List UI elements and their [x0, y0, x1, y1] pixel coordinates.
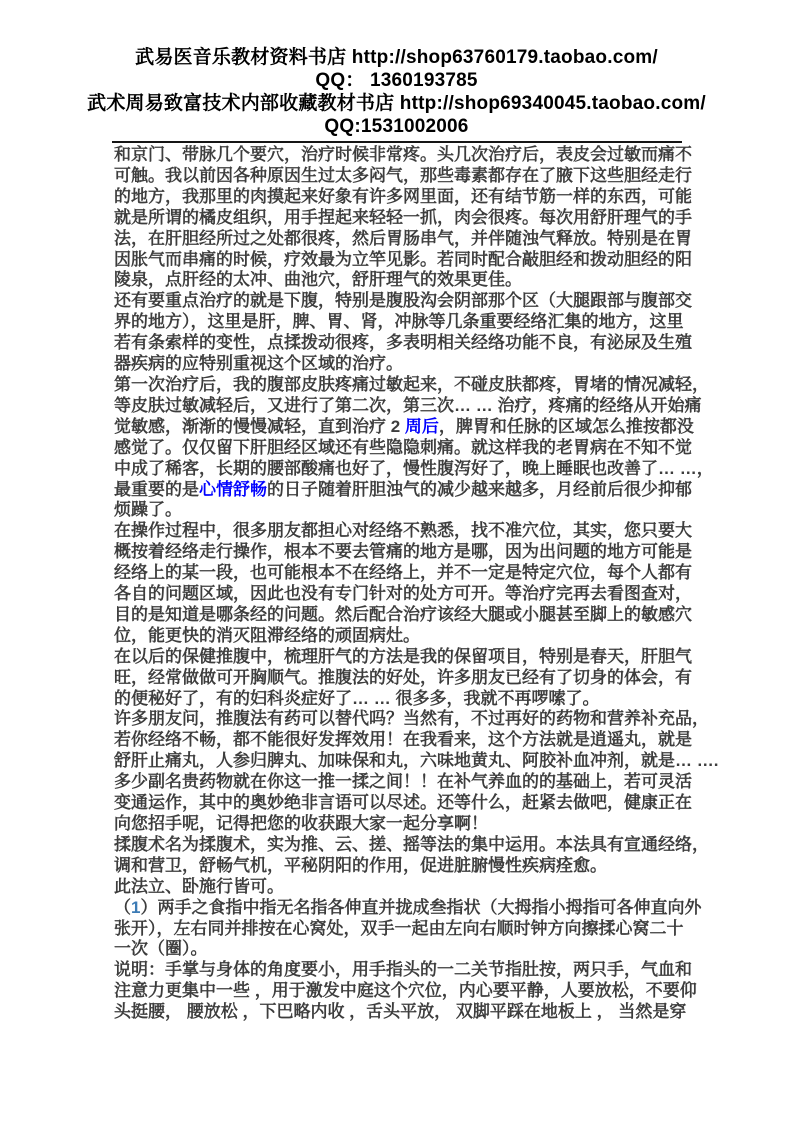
text-run: 此法立、卧施行皆可。	[114, 877, 284, 896]
text-run: 陵泉，点肝经的太冲、曲池穴，舒肝理气的效果更佳。	[114, 270, 522, 289]
paragraph: 在操作过程中，很多朋友都担心对经络不熟悉，找不准穴位，其实，您只要大概按着经络走…	[114, 521, 688, 646]
text-run: 经络上的某一段，也可能根本不在经络上，并不一定是特定穴位，每个人都有	[114, 563, 692, 582]
text-run: 的日子随着肝胆浊气的减少越来越多，月经前后很少抑郁	[267, 480, 692, 499]
paragraph: （1）两手之食指中指无名指各伸直并拢成叁指状（大拇指小拇指可各伸直向外张开），左…	[114, 898, 688, 961]
text-run: 若有条索样的变性，点揉拨动很疼，多表明相关经络功能不良，有泌尿及生殖	[114, 333, 692, 352]
text-run: 变通运作，其中的奥妙绝非言语可以尽述。还等什么，赶紧去做吧，健康正在	[114, 793, 692, 812]
text-run: 感觉了。仅仅留下肝胆经区域还有些隐隐刺痛。就这样我的老胃病在不知不觉	[114, 438, 692, 457]
text-run: （	[114, 898, 131, 917]
text-run: 可触。我以前因各种原因生过太多闷气，那些毒素都存在了腋下这些胆经走行	[114, 166, 692, 185]
document-page: 武易医音乐教材资料书店 http://shop63760179.taobao.c…	[0, 0, 793, 1122]
paragraph: 说明：手掌与身体的角度要小，用手指头的一二关节指肚按，两只手，气血和注意力更集中…	[114, 960, 688, 1023]
document-body: 和京门、带脉几个要穴，治疗时候非常疼。头几次治疗后，表皮会过敏而痛不可触。我以前…	[114, 145, 688, 1023]
text-run: 和京门、带脉几个要穴，治疗时候非常疼。头几次治疗后，表皮会过敏而痛不	[114, 145, 692, 164]
paragraph: 在以后的保健推腹中，梳理肝气的方法是我的保留项目，特别是春天，肝胆气旺，经常做做…	[114, 647, 688, 710]
text-run: 调和营卫，舒畅气机，平秘阴阳的作用，促进脏腑慢性疾病痊愈。	[114, 856, 607, 875]
text-line: 因胀气而串痛的时候，疗效最为立竿见影。若同时配合敲胆经和拨动胆经的阳	[114, 250, 688, 271]
text-run: 许多朋友问，推腹法有药可以替代吗？当然有，不过再好的药物和营养补充品，	[114, 709, 709, 728]
inline-link-text[interactable]: 心情舒畅	[199, 480, 267, 499]
text-run: 觉敏感，渐渐的慢慢减轻，直到治疗 2	[114, 417, 405, 436]
text-line: 揉腹术名为揉腹术，实为推、云、搓、摇等法的集中运用。本法具有宣通经络，	[114, 835, 688, 856]
text-run: ）两手之食指中指无名指各伸直并拢成叁指状（大拇指小拇指可各伸直向外	[140, 898, 701, 917]
text-line: 中成了稀客，长期的腰部酸痛也好了，慢性腹泻好了，晚上睡眠也改善了… …，	[114, 459, 688, 480]
text-line: 陵泉，点肝经的太冲、曲池穴，舒肝理气的效果更佳。	[114, 270, 688, 291]
text-line: 目的是知道是哪条经的问题。然后配合治疗该经大腿或小腿甚至脚上的敏感穴	[114, 605, 688, 626]
text-run: 界的地方），这里是肝，脾、胃、肾，冲脉等几条重要经络汇集的地方，这里	[114, 312, 684, 331]
text-line: 在以后的保健推腹中，梳理肝气的方法是我的保留项目，特别是春天，肝胆气	[114, 647, 688, 668]
text-run: 的地方，我那里的肉摸起来好象有许多网里面，还有结节筋一样的东西，可能	[114, 187, 692, 206]
text-run: 最重要的是	[114, 480, 199, 499]
paragraph: 和京门、带脉几个要穴，治疗时候非常疼。头几次治疗后，表皮会过敏而痛不可触。我以前…	[114, 145, 688, 291]
text-run: 一次（圈）。	[114, 939, 208, 958]
text-run: ，脾胃和任脉的区域怎么推按都没	[439, 417, 694, 436]
text-line: 最重要的是心情舒畅的日子随着肝胆浊气的减少越来越多，月经前后很少抑郁	[114, 480, 688, 501]
qq-contact-2: QQ:1531002006	[0, 115, 793, 138]
text-line: 此法立、卧施行皆可。	[114, 877, 688, 898]
text-run: 器疾病的应特别重视这个区域的治疗。	[114, 354, 403, 373]
text-line: 觉敏感，渐渐的慢慢减轻，直到治疗 2 周后，脾胃和任脉的区域怎么推按都没	[114, 417, 688, 438]
text-run: 揉腹术名为揉腹术，实为推、云、搓、摇等法的集中运用。本法具有宣通经络，	[114, 835, 709, 854]
qq-contact-1: QQ： 1360193785	[0, 69, 793, 92]
text-line: 向您招手呢，记得把您的收获跟大家一起分享啊！	[114, 814, 688, 835]
text-run: 目的是知道是哪条经的问题。然后配合治疗该经大腿或小腿甚至脚上的敏感穴	[114, 605, 692, 624]
text-line: 法，在肝胆经所过之处都很疼，然后胃肠串气，并伴随浊气释放。特别是在胃	[114, 229, 688, 250]
text-line: 变通运作，其中的奥妙绝非言语可以尽述。还等什么，赶紧去做吧，健康正在	[114, 793, 688, 814]
text-run: 等皮肤过敏减轻后，又进行了第二次，第三次… … 治疗，疼痛的经络从开始痛	[114, 396, 701, 415]
text-run: 多少副名贵药物就在你这一推一揉之间！！在补气养血的的基础上，若可灵活	[114, 772, 692, 791]
inline-link-text[interactable]: 周后	[405, 417, 439, 436]
store-name-url-2: 武术周易致富技术内部收藏教材书店 http://shop69340045.tao…	[0, 92, 793, 115]
text-line: 头挺腰， 腰放松 ，下巴略内收 ，舌头平放， 双脚平踩在地板上 ， 当然是穿	[114, 1002, 688, 1023]
text-line: 第一次治疗后，我的腹部皮肤疼痛过敏起来，不碰皮肤都疼，胃堵的情况减轻，	[114, 375, 688, 396]
text-line: 感觉了。仅仅留下肝胆经区域还有些隐隐刺痛。就这样我的老胃病在不知不觉	[114, 438, 688, 459]
text-line: 概按着经络走行操作，根本不要去管痛的地方是哪，因为出问题的地方可能是	[114, 542, 688, 563]
text-line: 若有条索样的变性，点揉拨动很疼，多表明相关经络功能不良，有泌尿及生殖	[114, 333, 688, 354]
text-line: 还有要重点治疗的就是下腹，特别是腹股沟会阴部那个区（大腿跟部与腹部交	[114, 291, 688, 312]
paragraph: 许多朋友问，推腹法有药可以替代吗？当然有，不过再好的药物和营养补充品，若你经络不…	[114, 709, 688, 834]
text-line: 一次（圈）。	[114, 939, 688, 960]
text-run: 中成了稀客，长期的腰部酸痛也好了，慢性腹泻好了，晚上睡眠也改善了… …，	[114, 459, 714, 478]
text-run: 法，在肝胆经所过之处都很疼，然后胃肠串气，并伴随浊气释放。特别是在胃	[114, 229, 692, 248]
text-line: 舒肝止痛丸，人参归脾丸、加味保和丸，六味地黄丸、阿胶补血冲剂，就是… ….	[114, 751, 688, 772]
text-line: 旺，经常做做可开胸顺气。推腹法的好处，许多朋友已经有了切身的体会，有	[114, 668, 688, 689]
text-run: 的便秘好了，有的妇科炎症好了… … 很多多，我就不再啰嗦了。	[114, 689, 599, 708]
text-run: 第一次治疗后，我的腹部皮肤疼痛过敏起来，不碰皮肤都疼，胃堵的情况减轻，	[114, 375, 709, 394]
text-line: 就是所谓的橘皮组织，用手捏起来轻轻一抓，肉会很疼。每次用舒肝理气的手	[114, 208, 688, 229]
text-line: 的便秘好了，有的妇科炎症好了… … 很多多，我就不再啰嗦了。	[114, 689, 688, 710]
text-run: 在以后的保健推腹中，梳理肝气的方法是我的保留项目，特别是春天，肝胆气	[114, 647, 692, 666]
text-line: 张开），左右同并排按在心窝处，双手一起由左向右顺时钟方向擦揉心窝二十	[114, 919, 688, 940]
text-line: 器疾病的应特别重视这个区域的治疗。	[114, 354, 688, 375]
text-line: 的地方，我那里的肉摸起来好象有许多网里面，还有结节筋一样的东西，可能	[114, 187, 688, 208]
paragraph: 还有要重点治疗的就是下腹，特别是腹股沟会阴部那个区（大腿跟部与腹部交界的地方），…	[114, 291, 688, 375]
text-run: 舒肝止痛丸，人参归脾丸、加味保和丸，六味地黄丸、阿胶补血冲剂，就是… ….	[114, 751, 718, 770]
header-divider	[112, 141, 682, 143]
text-line: 多少副名贵药物就在你这一推一揉之间！！在补气养血的的基础上，若可灵活	[114, 772, 688, 793]
text-run: 各自的问题区域，因此也没有专门针对的处方可开。等治疗完再去看图查对，	[114, 584, 692, 603]
text-run: 向您招手呢，记得把您的收获跟大家一起分享啊！	[114, 814, 488, 833]
text-line: 说明：手掌与身体的角度要小，用手指头的一二关节指肚按，两只手，气血和	[114, 960, 688, 981]
text-line: 注意力更集中一些 ，用于激发中庭这个穴位，内心要平静，人要放松，不要仰	[114, 981, 688, 1002]
text-line: 可触。我以前因各种原因生过太多闷气，那些毒素都存在了腋下这些胆经走行	[114, 166, 688, 187]
text-run: 旺，经常做做可开胸顺气。推腹法的好处，许多朋友已经有了切身的体会，有	[114, 668, 692, 687]
text-run: 就是所谓的橘皮组织，用手捏起来轻轻一抓，肉会很疼。每次用舒肝理气的手	[114, 208, 692, 227]
text-run: 因胀气而串痛的时候，疗效最为立竿见影。若同时配合敲胆经和拨动胆经的阳	[114, 250, 692, 269]
text-line: 和京门、带脉几个要穴，治疗时候非常疼。头几次治疗后，表皮会过敏而痛不	[114, 145, 688, 166]
text-line: 位，能更快的消灭阻滞经络的顽固病灶。	[114, 626, 688, 647]
text-run: 在操作过程中，很多朋友都担心对经络不熟悉，找不准穴位，其实，您只要大	[114, 521, 692, 540]
text-run: 还有要重点治疗的就是下腹，特别是腹股沟会阴部那个区（大腿跟部与腹部交	[114, 291, 692, 310]
text-line: 若你经络不畅，都不能很好发挥效用！在我看来，这个方法就是逍遥丸，就是	[114, 730, 688, 751]
text-line: （1）两手之食指中指无名指各伸直并拢成叁指状（大拇指小拇指可各伸直向外	[114, 898, 688, 919]
text-line: 许多朋友问，推腹法有药可以替代吗？当然有，不过再好的药物和营养补充品，	[114, 709, 688, 730]
text-line: 烦躁了。	[114, 500, 688, 521]
text-run: 位，能更快的消灭阻滞经络的顽固病灶。	[114, 626, 420, 645]
text-line: 在操作过程中，很多朋友都担心对经络不熟悉，找不准穴位，其实，您只要大	[114, 521, 688, 542]
text-run: 若你经络不畅，都不能很好发挥效用！在我看来，这个方法就是逍遥丸，就是	[114, 730, 692, 749]
paragraph: 第一次治疗后，我的腹部皮肤疼痛过敏起来，不碰皮肤都疼，胃堵的情况减轻，等皮肤过敏…	[114, 375, 688, 521]
text-run: 注意力更集中一些 ，用于激发中庭这个穴位，内心要平静，人要放松，不要仰	[114, 981, 697, 1000]
text-line: 等皮肤过敏减轻后，又进行了第二次，第三次… … 治疗，疼痛的经络从开始痛	[114, 396, 688, 417]
text-line: 各自的问题区域，因此也没有专门针对的处方可开。等治疗完再去看图查对，	[114, 584, 688, 605]
text-run: 张开），左右同并排按在心窝处，双手一起由左向右顺时钟方向擦揉心窝二十	[114, 919, 684, 938]
text-line: 经络上的某一段，也可能根本不在经络上，并不一定是特定穴位，每个人都有	[114, 563, 688, 584]
store-name-url-1: 武易医音乐教材资料书店 http://shop63760179.taobao.c…	[0, 46, 793, 69]
text-run: 概按着经络走行操作，根本不要去管痛的地方是哪，因为出问题的地方可能是	[114, 542, 692, 561]
text-run: 头挺腰， 腰放松 ，下巴略内收 ，舌头平放， 双脚平踩在地板上 ， 当然是穿	[114, 1002, 686, 1021]
text-run: 说明：手掌与身体的角度要小，用手指头的一二关节指肚按，两只手，气血和	[114, 960, 692, 979]
text-line: 调和营卫，舒畅气机，平秘阴阳的作用，促进脏腑慢性疾病痊愈。	[114, 856, 688, 877]
text-run: 烦躁了。	[114, 500, 182, 519]
paragraph: 揉腹术名为揉腹术，实为推、云、搓、摇等法的集中运用。本法具有宣通经络，调和营卫，…	[114, 835, 688, 898]
text-line: 界的地方），这里是肝，脾、胃、肾，冲脉等几条重要经络汇集的地方，这里	[114, 312, 688, 333]
store-header: 武易医音乐教材资料书店 http://shop63760179.taobao.c…	[0, 0, 793, 138]
